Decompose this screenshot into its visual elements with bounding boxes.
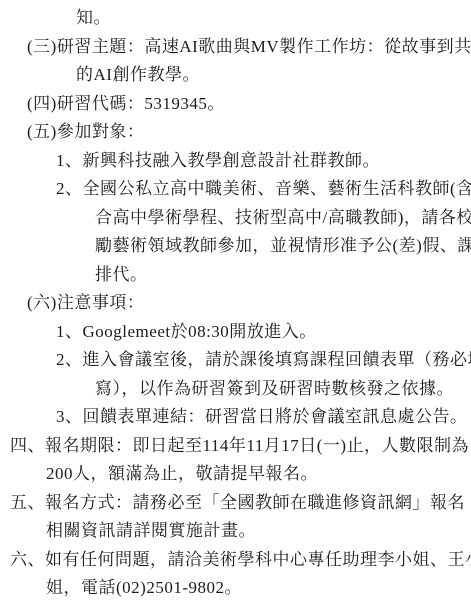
doc-line: (五)參加對象： [27, 118, 471, 147]
doc-line: 四、報名期限：即日起至114年11月17日(一)止，人數限制為 [10, 432, 471, 461]
doc-line: 的AI創作教學。 [76, 61, 471, 90]
doc-line: 1、Googlemeet於08:30開放進入。 [56, 318, 471, 347]
doc-line: (三)研習主題：高速AI歌曲與MV製作工作坊：從故事到共感 [27, 33, 471, 62]
doc-line: 2、全國公私立高中職美術、音樂、藝術生活科教師(含綜 [56, 175, 471, 204]
doc-line: 1、新興科技融入教學創意設計社群教師。 [56, 147, 471, 176]
doc-line: 勵藝術領域教師參加，並視情形准予公(差)假、課務 [95, 232, 471, 261]
doc-line: 寫），以作為研習簽到及研習時數核發之依據。 [95, 375, 471, 404]
doc-line: 排代。 [95, 261, 471, 290]
doc-line: (四)研習代碼：5319345。 [27, 90, 471, 119]
doc-line: 五、報名方式：請務必至「全國教師在職進修資訊網」報名 ， [10, 489, 471, 518]
doc-line: (六)注意事項： [27, 289, 471, 318]
doc-line: 200人，額滿為止，敬請提早報名。 [46, 460, 471, 489]
doc-line: 合高中學術學程、技術型高中/高職教師)，請各校鼓 [95, 204, 471, 233]
doc-line: 相關資訊請詳閱實施計畫。 [46, 517, 471, 546]
doc-line: 知。 [76, 4, 471, 33]
notice-document: 知。 (三)研習主題：高速AI歌曲與MV製作工作坊：從故事到共感 的AI創作教學… [0, 0, 471, 603]
doc-line: 2、進入會議室後，請於課後填寫課程回饋表單（務必填 [56, 346, 471, 375]
doc-line: 3、回饋表單連結：研習當日將於會議室訊息處公告。 [56, 403, 471, 432]
doc-line: 姐，電話(02)2501-9802。 [46, 574, 471, 603]
doc-line: 六、如有任何問題，請洽美術學科中心專任助理李小姐、王小 [10, 546, 471, 575]
